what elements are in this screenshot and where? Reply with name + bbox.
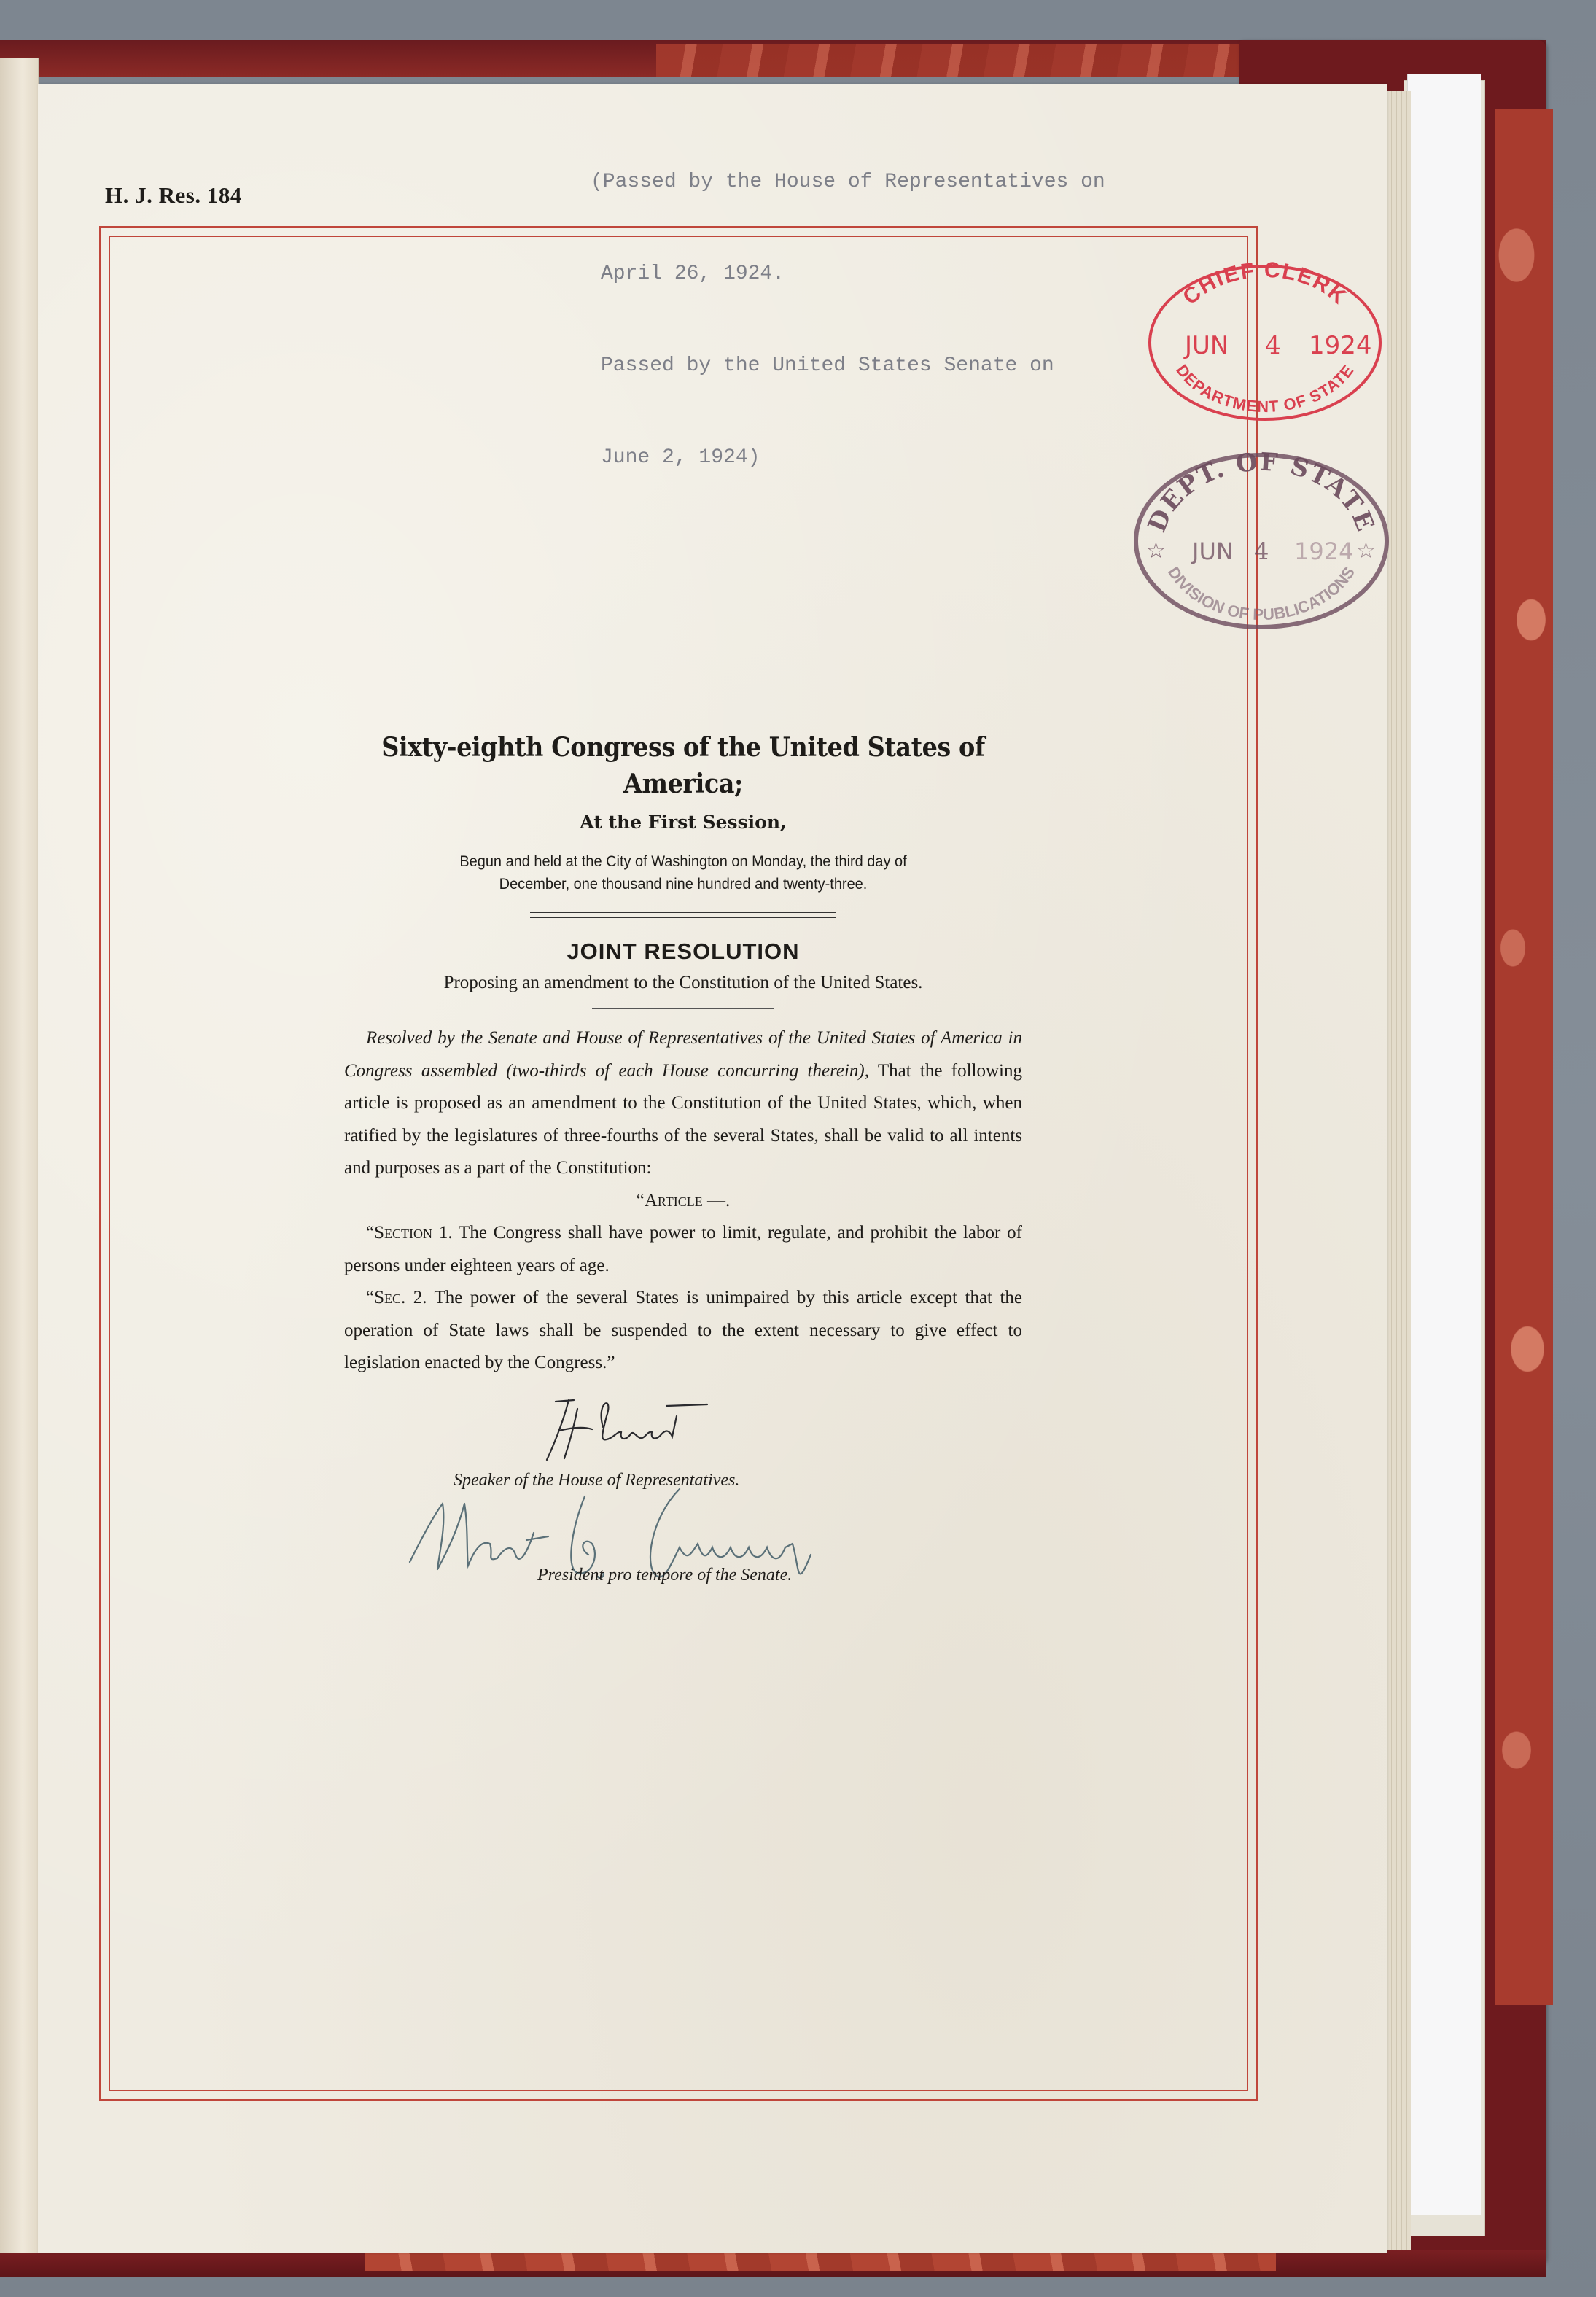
section-1-label: “Section 1. [366,1223,453,1243]
chief-clerk-stamp: CHIEF CLERK JUN 4 1924 DEPARTMENT OF STA… [1145,259,1385,427]
svg-text:DEPT. OF STATE: DEPT. OF STATE [1142,448,1380,537]
facing-page-edge [0,58,39,2253]
stamp-day: 4 [1265,331,1281,360]
session-heading: At the First Session, [344,809,1022,836]
marbled-endpaper-right [1495,109,1553,2005]
resolution-number: H. J. Res. 184 [105,182,242,209]
resolution-text: Resolved by the Senate and House of Repr… [344,1022,1022,1380]
section-2-label: “Sec. 2. [366,1288,427,1307]
speaker-signature: F H Gillett [534,1387,738,1467]
document-subtitle: Proposing an amendment to the Constituti… [344,971,1022,995]
session-dateline: Begun and held at the City of Washington… [361,850,1005,895]
svg-text:CHIEF CLERK: CHIEF CLERK [1178,259,1352,310]
stamp-day: 4 [1254,537,1269,565]
typed-note-line: (Passed by the House of Representatives … [591,167,1105,198]
resolution-body: Sixty-eighth Congress of the United Stat… [344,729,1022,1649]
signature-block: F H Gillett Speaker of the House of Repr… [344,1387,1022,1649]
dateline-line-1: Begun and held at the City of Washington… [361,850,1005,873]
stamp-month: JUN [1183,331,1229,360]
section-2: “Sec. 2. The power of the several States… [344,1282,1022,1380]
white-insert-sheet [1407,74,1481,2215]
star-icon: ☆ [1356,538,1376,564]
stamp-top-text: CHIEF CLERK [1178,259,1352,310]
congress-heading: Sixty-eighth Congress of the United Stat… [368,729,999,802]
president-title: President pro tempore of the Senate. [537,1566,792,1585]
resolving-clause: Resolved by the Senate and House of Repr… [344,1022,1022,1185]
stamp-month: JUN [1191,537,1234,565]
section-2-text: The power of the several States is unimp… [344,1288,1022,1372]
single-rule-divider [592,1008,774,1009]
dateline-line-2: December, one thousand nine hundred and … [361,873,1005,895]
division-of-publications-stamp: DEPT. OF STATE ☆ ☆ JUN 4 1924 DIVISION O… [1130,448,1393,634]
marbled-endpaper-top [656,44,1254,77]
section-1: “Section 1. The Congress shall have powe… [344,1217,1022,1282]
star-icon: ☆ [1146,538,1166,564]
article-heading: “Article —. [344,1185,1022,1218]
stamp-top-text: DEPT. OF STATE [1142,448,1380,537]
stamp-year: 1924 [1294,537,1353,565]
double-rule-divider [530,912,836,918]
document-title: JOINT RESOLUTION [344,938,1022,965]
stamp-year: 1924 [1309,331,1372,360]
